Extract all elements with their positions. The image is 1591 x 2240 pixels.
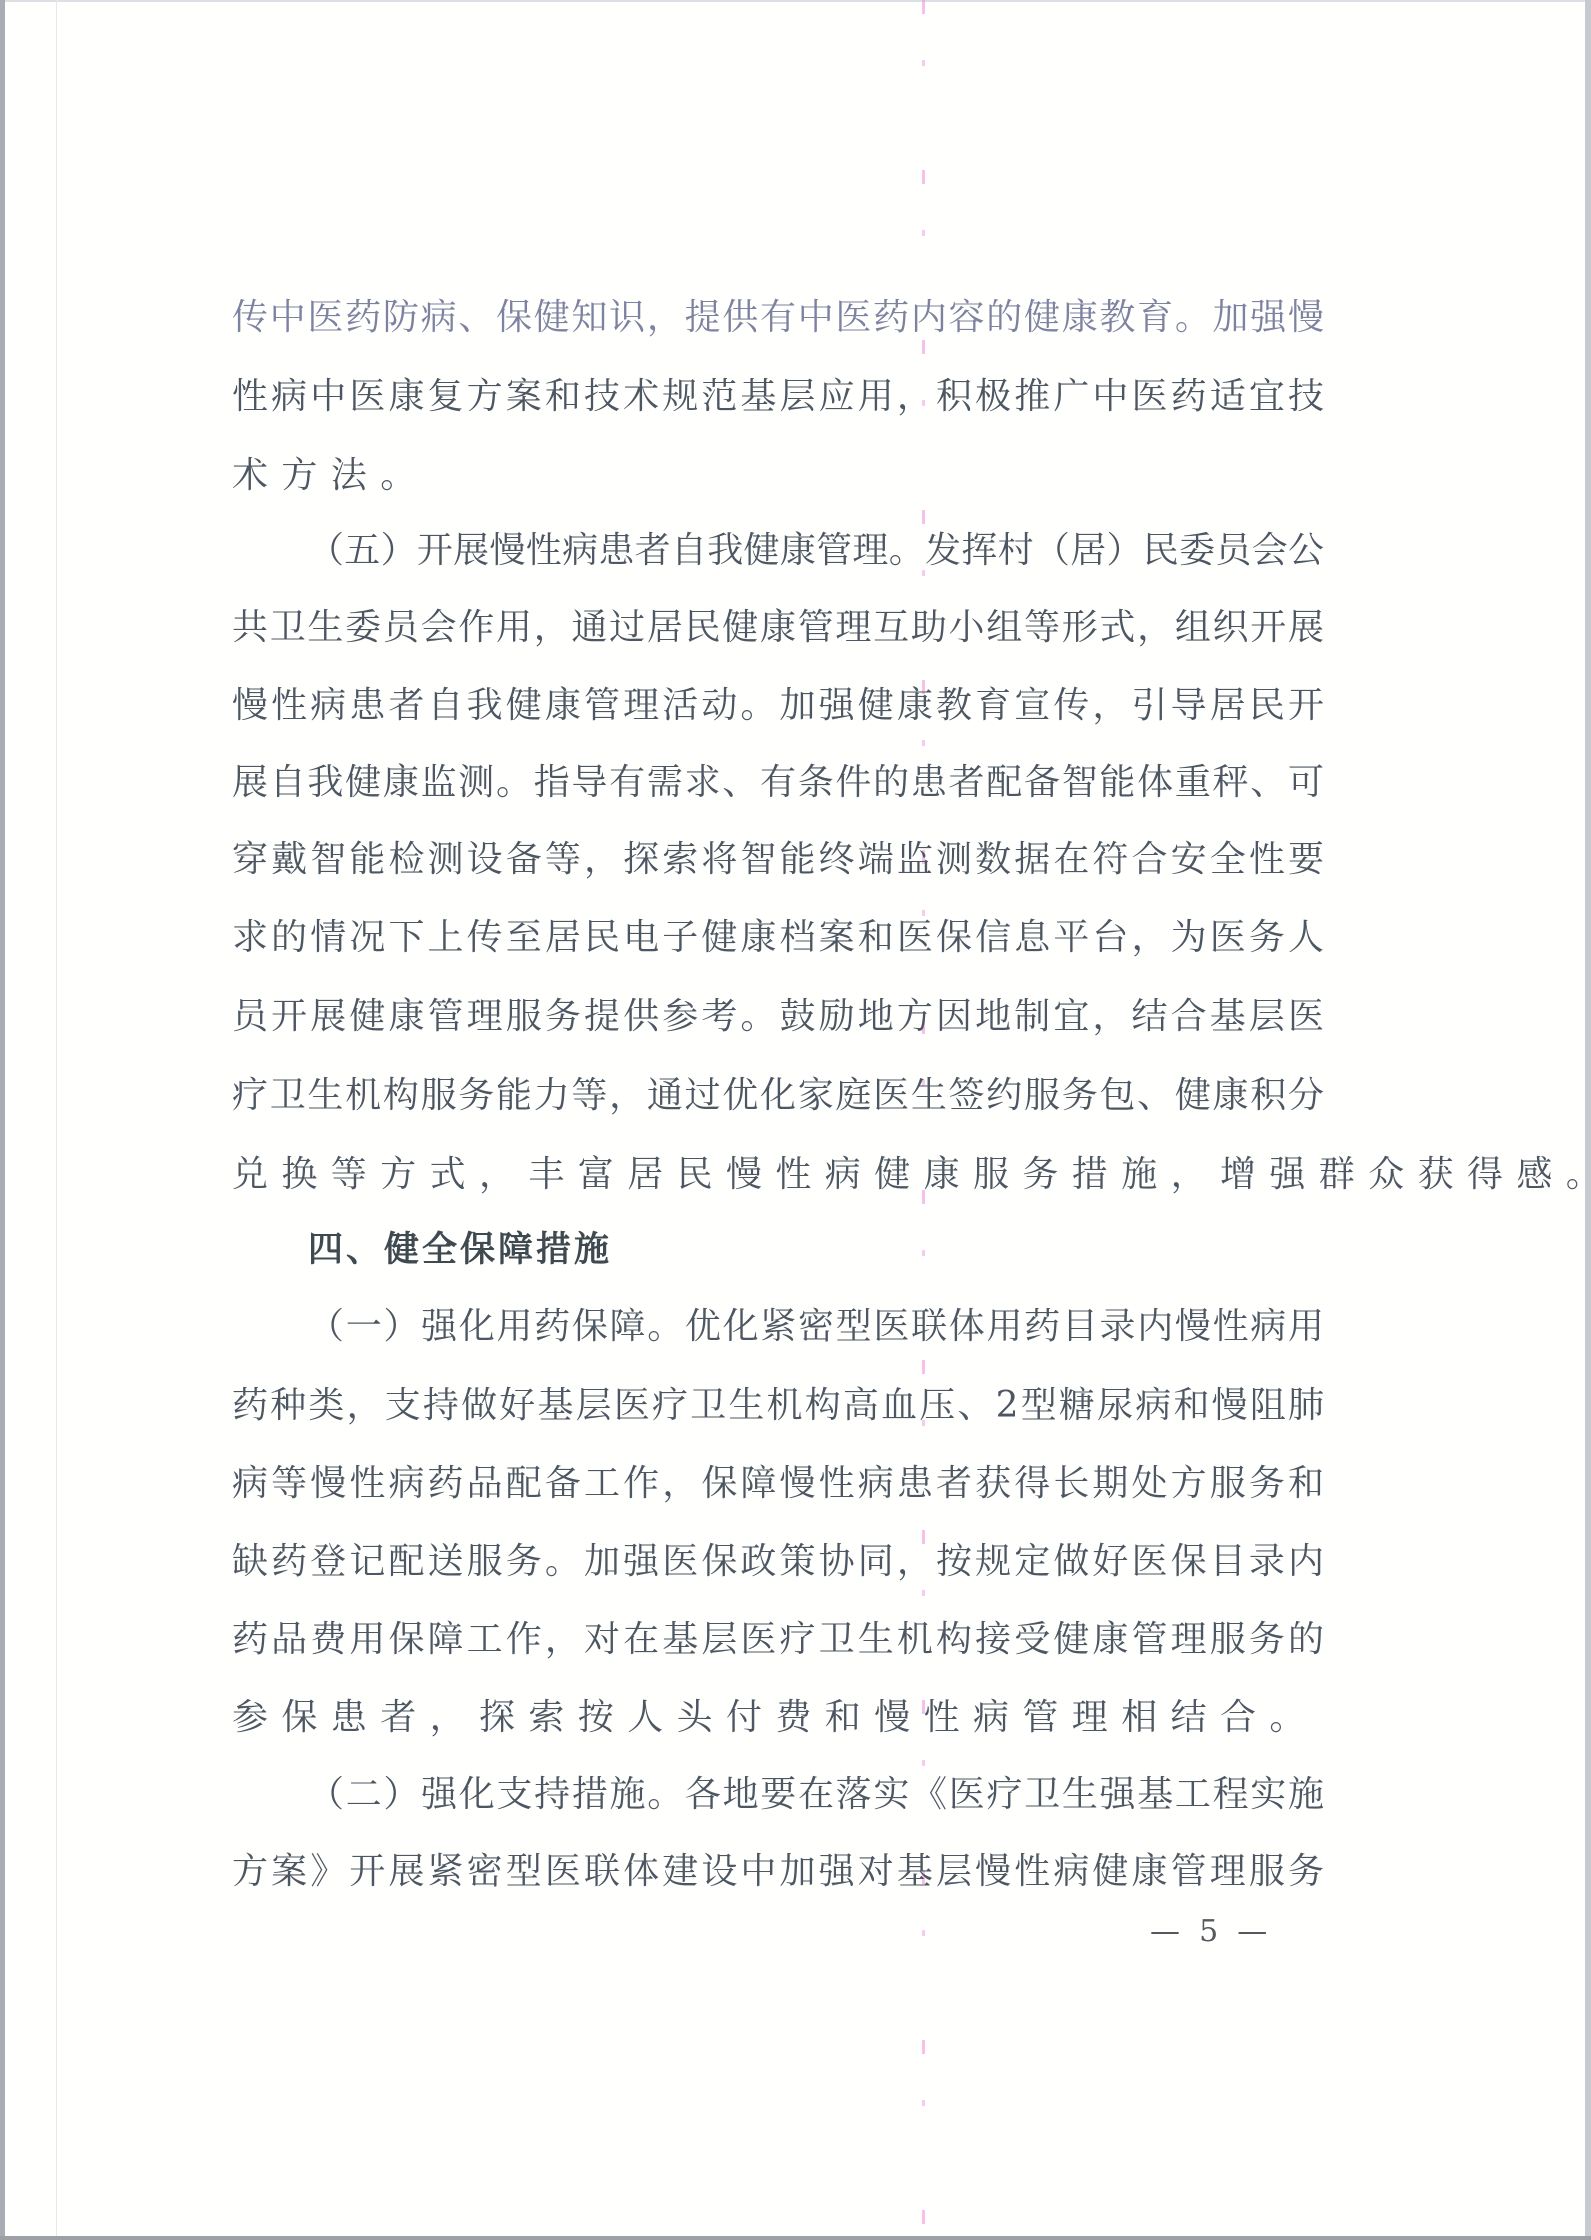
text-line: 药种类，支持做好基层医疗卫生机构高血压、2型糖尿病和慢阻肺 [232,1382,1324,1430]
text-line: 方案》开展紧密型医联体建设中加强对基层慢性病健康管理服务 [232,1848,1324,1896]
paragraph-start-line: （一）强化用药保障。优化紧密型医联体用药目录内慢性病用 [308,1303,1324,1351]
text-line: 缺药登记配送服务。加强医保政策协同，按规定做好医保目录内 [232,1538,1324,1586]
text-line: 药品费用保障工作，对在基层医疗卫生机构接受健康管理服务的 [232,1616,1324,1664]
paragraph-start-line: （五）开展慢性病患者自我健康管理。发挥村（居）民委员会公 [308,527,1324,575]
text-line: 共卫生委员会作用，通过居民健康管理互助小组等形式，组织开展 [232,604,1324,652]
page-number: — 5 — [1150,1912,1267,1952]
scan-edge-right [1585,0,1591,2240]
text-line: 性病中医康复方案和技术规范基层应用，积极推广中医药适宜技 [232,373,1324,421]
text-line: 慢性病患者自我健康管理活动。加强健康教育宣传，引导居民开 [232,682,1324,730]
scan-edge-top [0,0,1591,2]
text-line: 员开展健康管理服务提供参考。鼓励地方因地制宜，结合基层医 [232,993,1324,1041]
text-line: 穿戴智能检测设备等，探索将智能终端监测数据在符合安全性要 [232,836,1324,884]
text-line: 病等慢性病药品配备工作，保障慢性病患者获得长期处方服务和 [232,1460,1324,1508]
text-line: 传中医药防病、保健知识，提供有中医药内容的健康教育。加强慢 [232,294,1324,342]
scan-edge-left [0,0,5,2240]
text-line: 参保患者，探索按人头付费和慢性病管理相结合。 [232,1694,1324,1742]
text-line: 术方法。 [232,452,1324,500]
text-line: 兑换等方式，丰富居民慢性病健康服务措施，增强群众获得感。 [232,1151,1324,1199]
fold-line [56,0,57,2236]
text-line: 疗卫生机构服务能力等，通过优化家庭医生签约服务包、健康积分 [232,1072,1324,1120]
text-line: 展自我健康监测。指导有需求、有条件的患者配备智能体重秤、可 [232,759,1324,807]
paragraph-start-line: （二）强化支持措施。各地要在落实《医疗卫生强基工程实施 [308,1771,1324,1819]
scan-edge-bottom [0,2236,1591,2240]
section-heading: 四、健全保障措施 [308,1226,612,1274]
text-line: 求的情况下上传至居民电子健康档案和医保信息平台，为医务人 [232,914,1324,962]
document-page: 传中医药防病、保健知识，提供有中医药内容的健康教育。加强慢 性病中医康复方案和技… [0,0,1591,2240]
